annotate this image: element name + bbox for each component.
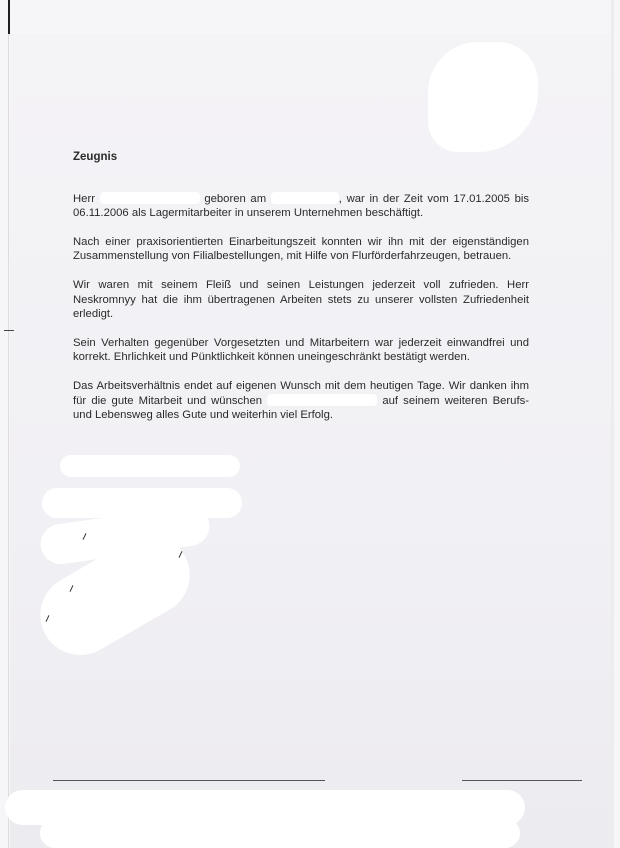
punch-mark bbox=[4, 330, 14, 331]
scan-edge-line bbox=[8, 34, 9, 848]
scan-edge bbox=[8, 0, 10, 34]
text: Herr bbox=[73, 193, 95, 205]
paragraph-duties: Nach einer praxisorientierten Einarbeitu… bbox=[73, 235, 529, 264]
redaction-footer bbox=[40, 818, 520, 848]
text: geboren am bbox=[204, 193, 266, 205]
paragraph-employment: Herr geboren am , war in der Zeit vom 17… bbox=[73, 192, 529, 221]
paragraph-performance: Wir waren mit seinem Fleiß und seinen Le… bbox=[73, 278, 529, 322]
footer-divider bbox=[53, 780, 325, 781]
footer-divider bbox=[462, 780, 582, 781]
redacted-name bbox=[267, 394, 377, 406]
document-title: Zeugnis bbox=[73, 150, 529, 165]
redacted-birthdate bbox=[271, 192, 339, 204]
redaction-signature bbox=[60, 455, 240, 477]
redacted-name bbox=[100, 192, 200, 204]
scan-edge-right bbox=[611, 0, 614, 848]
paragraph-conduct: Sein Verhalten gegenüber Vorgesetzten un… bbox=[73, 336, 529, 365]
letter-body: Zeugnis Herr geboren am , war in der Zei… bbox=[73, 150, 529, 437]
paragraph-closing: Das Arbeitsverhältnis endet auf eigenen … bbox=[73, 379, 529, 423]
